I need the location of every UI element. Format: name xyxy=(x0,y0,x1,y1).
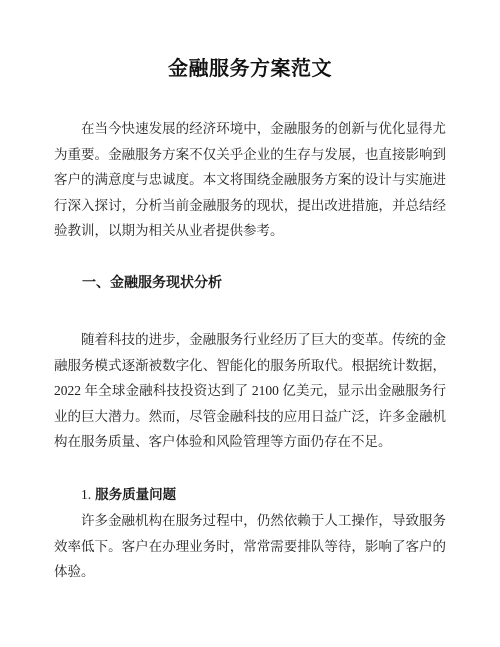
intro-paragraph: 在当今快速发展的经济环境中，金融服务的创新与优化显得尤为重要。金融服务方案不仅关… xyxy=(54,116,446,244)
document-page: 金融服务方案范文 在当今快速发展的经济环境中，金融服务的创新与优化显得尤为重要。… xyxy=(0,0,500,647)
subsection-1-title: 服务质量问题 xyxy=(95,487,176,502)
section-1-paragraph: 随着科技的进步，金融服务行业经历了巨大的变革。传统的金融服务模式逐渐被数字化、智… xyxy=(54,327,446,455)
subsection-1-number: 1. xyxy=(81,487,91,502)
section-1-heading: 一、金融服务现状分析 xyxy=(54,271,446,297)
subsection-1-paragraph: 许多金融机构在服务过程中，仍然依赖于人工操作，导致服务效率低下。客户在办理业务时… xyxy=(54,508,446,585)
document-title: 金融服务方案范文 xyxy=(54,55,446,83)
subsection-1-heading: 1.服务质量问题 xyxy=(54,482,446,508)
